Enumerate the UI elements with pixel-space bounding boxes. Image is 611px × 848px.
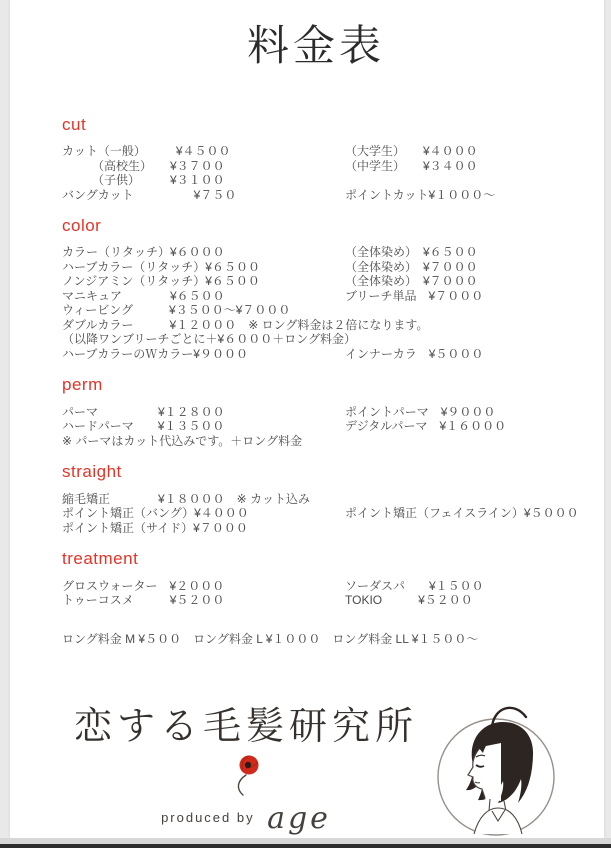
salon-logo: 恋する毛髪研究所 produced by age: [62, 695, 570, 846]
price-cell-right: [345, 492, 570, 507]
salon-name: 恋する毛髪研究所: [74, 704, 418, 752]
price-cell-left: ハードパーマ ¥１３５００: [62, 419, 345, 434]
price-row: ※ パーマはカット代込みです。＋ロング料金: [62, 434, 570, 449]
price-cell-left: トゥーコスメ ¥５２００: [62, 593, 345, 608]
price-cell-right: （全体染め） ¥７０００: [345, 274, 570, 289]
price-row: ダブルカラー ¥１２０００ ※ ロング料金は２倍になります。: [62, 318, 570, 333]
price-cell-right: インナーカラ ¥５０００: [345, 347, 570, 362]
price-cell-left: （子供） ¥３１００: [62, 173, 345, 188]
produced-by-line: produced by age: [74, 801, 418, 836]
price-row: ハードパーマ ¥１３５００デジタルパーマ ¥１６０００: [62, 419, 570, 434]
price-cell-right: [345, 434, 570, 449]
section-heading-color: color: [62, 216, 570, 236]
cut-price-rows: カット（一般） ¥４５００（大学生） ¥４０００ （高校生） ¥３７００（中学生…: [62, 144, 570, 202]
price-cell-left: ハーブカラー（リタッチ）¥６５００: [62, 260, 345, 275]
price-row: （高校生） ¥３７００（中学生） ¥３４００: [62, 159, 570, 174]
section-color: color カラー（リタッチ）¥６０００（全体染め） ¥６５００ ハーブカラー（…: [62, 216, 570, 361]
price-cell-right: ソーダスパ ¥１５００: [345, 579, 570, 594]
brand-name: age: [267, 801, 331, 836]
price-cell-left: ポイント矯正（バング）¥４０００: [62, 506, 345, 521]
price-cell-right: （全体染め） ¥７０００: [345, 260, 570, 275]
price-row: カラー（リタッチ）¥６０００（全体染め） ¥６５００: [62, 245, 570, 260]
price-cell-right: [345, 303, 570, 318]
price-row: （以降ワンブリーチごとに＋¥６０００＋ロング料金）: [62, 332, 570, 347]
price-cell-left: 縮毛矯正 ¥１８０００ ※ カット込み: [62, 492, 345, 507]
treatment-price-rows: グロスウォーター ¥２０００ソーダスパ ¥１５００ トゥーコスメ ¥５２００TO…: [62, 579, 570, 608]
price-row: カット（一般） ¥４５００（大学生） ¥４０００: [62, 144, 570, 159]
price-row: バングカット ¥７５０ポイントカット¥１０００～: [62, 188, 570, 203]
price-row: ポイント矯正（サイド）¥７０００: [62, 521, 570, 536]
price-cell-right: ポイント矯正（フェイスライン）¥５０００: [345, 506, 579, 521]
section-treatment: treatment グロスウォーター ¥２０００ソーダスパ ¥１５００ トゥーコ…: [62, 549, 570, 607]
price-cell-right: TOKIO ¥５２００: [345, 593, 570, 608]
straight-price-rows: 縮毛矯正 ¥１８０００ ※ カット込み ポイント矯正（バング）¥４０００ポイント…: [62, 492, 570, 536]
price-list-page: 料金表 cut カット（一般） ¥４５００（大学生） ¥４０００ （高校生） ¥…: [10, 0, 604, 838]
price-row: マニキュア ¥６５００ブリーチ単品 ¥７０００: [62, 289, 570, 304]
page-title: 料金表: [62, 0, 570, 75]
price-cell-left: （高校生） ¥３７００: [62, 159, 345, 174]
price-cell-right: ブリーチ単品 ¥７０００: [345, 289, 570, 304]
price-cell-left: ウィービング ¥３５００～¥７０００: [62, 303, 345, 318]
price-cell-right: [345, 521, 570, 536]
price-cell-left: （以降ワンブリーチごとに＋¥６０００＋ロング料金）: [62, 332, 345, 347]
salon-logo-text-block: 恋する毛髪研究所 produced by age: [74, 704, 418, 836]
color-price-rows: カラー（リタッチ）¥６０００（全体染め） ¥６５００ ハーブカラー（リタッチ）¥…: [62, 245, 570, 361]
price-cell-left: ポイント矯正（サイド）¥７０００: [62, 521, 345, 536]
price-row: ポイント矯正（バング）¥４０００ポイント矯正（フェイスライン）¥５０００: [62, 506, 570, 521]
price-cell-left: ノンジアミン（リタッチ）¥６５００: [62, 274, 345, 289]
price-row: グロスウォーター ¥２０００ソーダスパ ¥１５００: [62, 579, 570, 594]
price-cell-left: バングカット ¥７５０: [62, 188, 345, 203]
price-cell-right: ポイントパーマ ¥９０００: [345, 405, 570, 420]
price-cell-left: マニキュア ¥６５００: [62, 289, 345, 304]
section-heading-perm: perm: [62, 375, 570, 395]
price-cell-right: [345, 332, 570, 347]
price-cell-left: カラー（リタッチ）¥６０００: [62, 245, 345, 260]
produced-by-label: produced by: [161, 810, 255, 825]
price-cell-left: カット（一般） ¥４５００: [62, 144, 345, 159]
section-straight: straight 縮毛矯正 ¥１８０００ ※ カット込み ポイント矯正（バング）…: [62, 462, 570, 535]
price-cell-left: ハーブカラーのＷカラー¥９０００: [62, 347, 345, 362]
section-perm: perm パーマ ¥１２８００ポイントパーマ ¥９０００ ハードパーマ ¥１３５…: [62, 375, 570, 448]
price-row: 縮毛矯正 ¥１８０００ ※ カット込み: [62, 492, 570, 507]
bottom-dark-strip: [0, 844, 611, 848]
long-hair-surcharge-note: ロング料金 M ¥５００ ロング料金 L ¥１０００ ロング料金 LL ¥１５０…: [62, 632, 570, 647]
price-cell-left: グロスウォーター ¥２０００: [62, 579, 345, 594]
price-row: （子供） ¥３１００: [62, 173, 570, 188]
price-cell-right: （全体染め） ¥６５００: [345, 245, 570, 260]
section-heading-cut: cut: [62, 115, 570, 135]
price-cell-right: （大学生） ¥４０００: [345, 144, 570, 159]
price-cell-left: ダブルカラー ¥１２０００ ※ ロング料金は２倍になります。: [62, 318, 345, 333]
price-row: ハーブカラー（リタッチ）¥６５００（全体染め） ¥７０００: [62, 260, 570, 275]
price-row: ノンジアミン（リタッチ）¥６５００（全体染め） ¥７０００: [62, 274, 570, 289]
price-cell-left: ※ パーマはカット代込みです。＋ロング料金: [62, 434, 345, 449]
price-row: パーマ ¥１２８００ポイントパーマ ¥９０００: [62, 405, 570, 420]
price-cell-right: （中学生） ¥３４００: [345, 159, 570, 174]
section-heading-straight: straight: [62, 462, 570, 482]
price-cell-right: [345, 318, 570, 333]
perm-price-rows: パーマ ¥１２８００ポイントパーマ ¥９０００ ハードパーマ ¥１３５００デジタ…: [62, 405, 570, 449]
price-cell-left: パーマ ¥１２８００: [62, 405, 345, 420]
price-cell-right: ポイントカット¥１０００～: [345, 188, 570, 203]
girl-portrait-illustration-icon: [434, 695, 558, 846]
price-cell-right: [345, 173, 570, 188]
price-cell-right: デジタルパーマ ¥１６０００: [345, 419, 570, 434]
price-row: トゥーコスメ ¥５２００TOKIO ¥５２００: [62, 593, 570, 608]
section-heading-treatment: treatment: [62, 549, 570, 569]
poppy-flower-icon: [74, 754, 418, 801]
price-row: ウィービング ¥３５００～¥７０００: [62, 303, 570, 318]
section-cut: cut カット（一般） ¥４５００（大学生） ¥４０００ （高校生） ¥３７００…: [62, 115, 570, 202]
price-row: ハーブカラーのＷカラー¥９０００インナーカラ ¥５０００: [62, 347, 570, 362]
